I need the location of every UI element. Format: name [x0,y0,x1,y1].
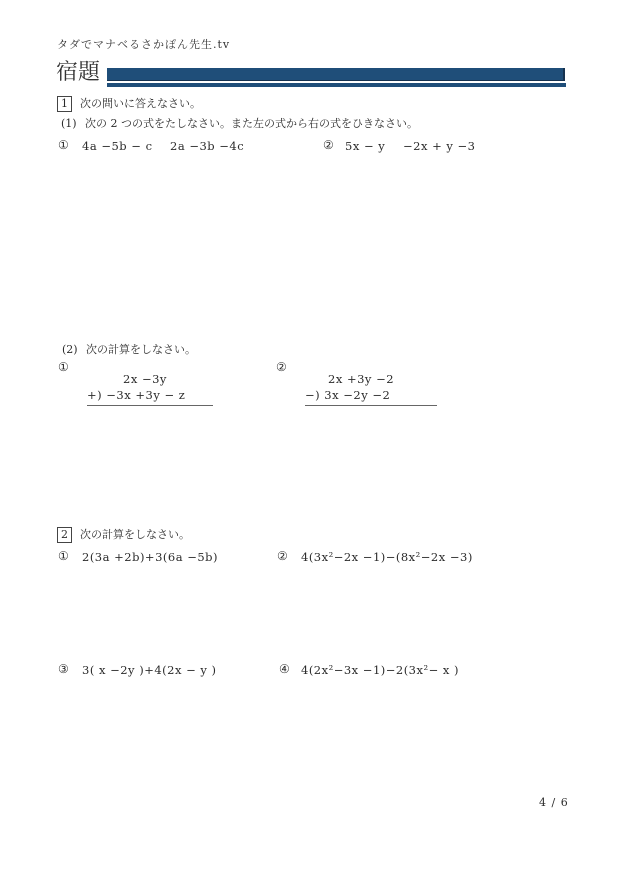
title-bar-thick [107,68,565,81]
q1-part2-item1-bottom-expression: +) −3x +3y − z [87,388,213,406]
q1-part1-item1-expression-right: 2a −3b −4c [170,139,244,153]
page-number: 4 / 6 [539,796,569,809]
q2-item1-expression: 2(3a +2b)+3(6a −5b) [82,550,218,564]
q1-part2-item2-marker: ② [276,360,287,374]
q1-part2-label: (2) [62,343,78,357]
question-1-prompt: 次の問いに答えなさい。 [80,97,201,111]
question-1-number-box: 1 [57,96,72,112]
page-title: 宿題 [56,60,100,86]
q1-part2-item2-top-expression: 2x +3y −2 [328,372,394,386]
q1-part2-item1-marker: ① [58,360,69,374]
title-bar-thin [107,83,566,87]
q2-item3-marker: ③ [58,662,69,676]
q1-part1-item2-expression-right: −2x + y −3 [403,139,476,153]
q1-part1-item2-marker: ② [323,138,334,152]
q1-part1-item1-marker: ① [58,138,69,152]
q1-part1-prompt: 次の 2 つの式をたしなさい。また左の式から右の式をひきなさい。 [85,117,418,131]
q1-part2-item1-top-expression: 2x −3y [123,372,167,386]
worksheet-page: タダでマナベるさかぽん先生.tv 宿題 1 次の問いに答えなさい。 (1) 次の… [0,0,620,877]
q1-part2-prompt: 次の計算をしなさい。 [86,343,196,357]
q1-part1-item1-expression-left: 4a −5b − c [82,139,153,153]
q1-part1-item2-expression-left: 5x − y [345,139,385,153]
q1-part1-label: (1) [61,117,77,131]
q2-item4-expression: 4(2x²−3x −1)−2(3x²− x ) [301,663,459,677]
q2-item1-marker: ① [58,549,69,563]
q2-item4-marker: ④ [279,662,290,676]
question-2-prompt: 次の計算をしなさい。 [80,528,190,542]
question-2-number-box: 2 [57,527,72,543]
site-name: タダでマナベるさかぽん先生.tv [57,36,230,52]
q2-item2-expression: 4(3x²−2x −1)−(8x²−2x −3) [301,550,473,564]
q2-item2-marker: ② [277,549,288,563]
q1-part2-item2-bottom-expression: −) 3x −2y −2 [305,388,437,406]
q2-item3-expression: 3( x −2y )+4(2x − y ) [82,663,217,677]
